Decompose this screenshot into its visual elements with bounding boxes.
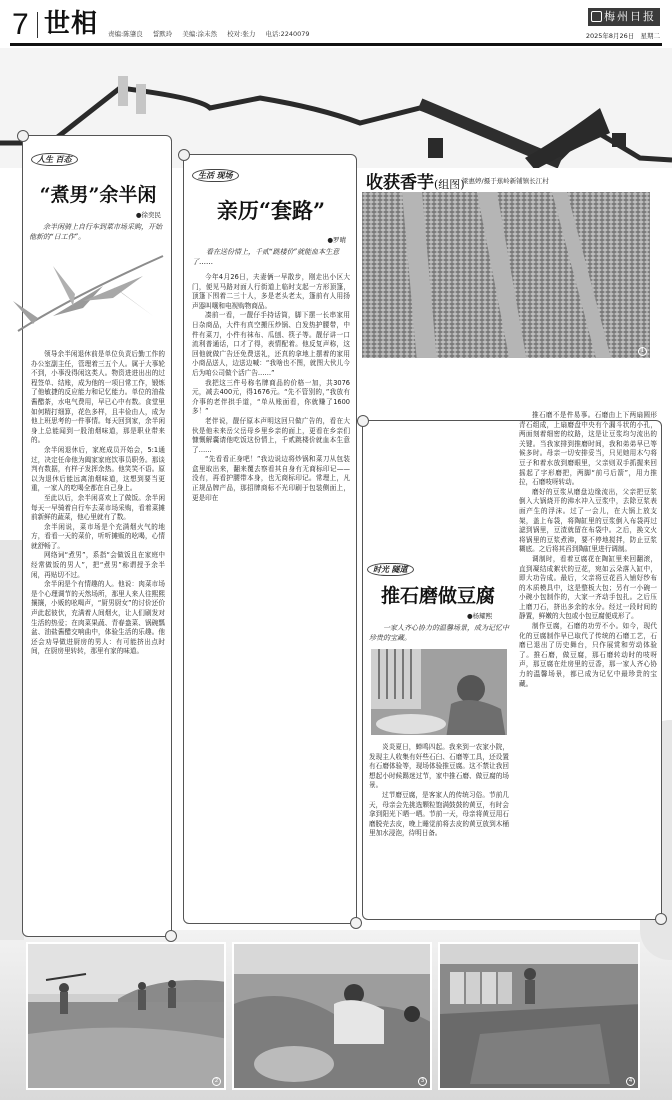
section-title: 世相 — [44, 9, 98, 39]
photo-harvesting-taro: 3 — [232, 942, 432, 1090]
credit-editor: 责编:陈肇良 — [108, 30, 143, 38]
paragraph: 凑前一看，一靓仔手持话筒，脚下摆一长串家用日杂商品，大件有真空搬压炒锅、白发热护… — [192, 311, 350, 378]
paragraph: 今年4月26日，夫妻俩一早散步，刚走出小区大门，便见马路对面人行街道上临时支起一… — [192, 273, 350, 311]
photo-taro-field-aerial: 1 — [360, 190, 652, 360]
photo-number: 1 — [638, 347, 647, 356]
article-scam: 生活 现场 亲历“套路” ●罗晴 看在送份情上，千贰“跳楼价”就能血本生意了……… — [183, 154, 357, 924]
paragraph: 余半闲是个有情趣的人。他说：肉菜市场是个心理调节的天然场所，那里人来人往熙熙攘攘… — [31, 580, 165, 657]
paragraph: 余半闲退休后，家庭成员开始会，5:1通过，决定任命他为阖家家庭饮事员职务。那谈判… — [31, 446, 165, 494]
photo-stone-mill — [369, 647, 509, 737]
photo-number: 2 — [212, 1077, 221, 1086]
paragraph: 推石磨不是件易事。石磨由上下两扇圆形青石组成，上扇磨盘中央有个漏斗状的小孔，两面… — [519, 411, 657, 488]
photo-image — [371, 649, 509, 737]
article-title: “煮男”余半闲 — [23, 180, 173, 207]
background-shape — [0, 540, 24, 940]
credit-proof: 校对:张力 — [227, 30, 255, 38]
divider — [37, 12, 38, 38]
paragraph: 老伴说，靓仔原本声明这回只做广告的，看在大伙是他未来岳父岳母乡里乡亲的面上，更看… — [192, 417, 350, 455]
credit-editor-2: 誓默玲 — [153, 30, 173, 38]
logo-icon — [591, 11, 602, 22]
photo-taro-sacks: 4 — [438, 942, 640, 1090]
article-lead: 看在送份情上，千贰“跳楼价”就能血本生意了…… — [192, 247, 350, 267]
column-badge: 时光 隧道 — [367, 563, 414, 576]
article-body: 今年4月26日，夫妻俩一早散步，刚走出小区大门，便见马路对面人行街道上临时支起一… — [192, 273, 350, 917]
article-title: 亲历“套路” — [184, 195, 358, 225]
article-lead: 余半闲骑上自行车到菜市场采购，开始他新的“日工作”。 — [29, 222, 167, 242]
editor-credits: 责编:陈肇良 誓默玲 美编:涂未然 校对:张力 电话:2240079 — [108, 29, 318, 38]
article-lead: 一家人齐心协力的温馨场景，成为记忆中珍贵的宝藏。 — [369, 623, 509, 643]
photo-image — [28, 944, 226, 1090]
newspaper-name: 梅州日报 — [604, 10, 656, 23]
dateline: 2025年8月26日 星期二 — [586, 31, 660, 40]
article-body-col2: 推石磨不是件易事。石磨由上下两扇圆形青石组成，上扇磨盘中央有个漏斗状的小孔，两面… — [519, 411, 657, 911]
credit-phone: 电话:2240079 — [265, 30, 309, 38]
paragraph: 过节磨豆腐，是客家人的传统习俗。节前几天，母亲会先挑选颗粒饱满鼓鼓的黄豆，有时会… — [369, 791, 509, 839]
byline: ●罗晴 — [327, 235, 346, 244]
column-badge: 人生 百态 — [31, 153, 78, 166]
masthead-rule — [10, 43, 662, 46]
article-body: 领导余半闲退休前是单位负责后勤工作的办公室副主任，管理着三五个人。属于大事轮不到… — [31, 350, 165, 926]
page-number: 7 — [12, 10, 29, 40]
byline: ●杨耀熙 — [467, 611, 492, 620]
photo-credit: 梁惠婷/摄于蕉岭新铺镇长江村 — [462, 176, 549, 185]
photo-image — [362, 192, 652, 360]
photo-carrying-taro: 2 — [26, 942, 226, 1090]
photo-image — [234, 944, 432, 1090]
paragraph: 我把这三件号称名牌商品的价格一加，共3076元，减去400元，得1676元。“先… — [192, 379, 350, 417]
photo-number: 4 — [626, 1077, 635, 1086]
masthead: 7 世相 责编:陈肇良 誓默玲 美编:涂未然 校对:张力 电话:2240079 … — [10, 6, 662, 46]
bamboo-illustration — [13, 246, 173, 336]
photo-image — [440, 944, 640, 1090]
paragraph: 领导余半闲退休前是单位负责后勤工作的办公室副主任，管理着三五个人。属于大事轮不到… — [31, 350, 165, 446]
date: 2025年8月26日 — [586, 32, 634, 40]
paragraph: 炎炎夏日，蝉鸣四起。我来到一农家小院，发现主人收集有奸些石臼、石磨等工具，还设置… — [369, 743, 509, 791]
paragraph: 网络词“煮男”，系指“会做饭且在家庭中经常做饭的男人”，把“煮男”称谓授予余半闲… — [31, 551, 165, 580]
article-cooking-man: 人生 百态 “煮男”余半闲 ●徐奕民 余半闲骑上自行车到菜市场采购，开始他新的“… — [22, 135, 172, 937]
article-body-col1: 炎炎夏日，蝉鸣四起。我来到一农家小院，发现主人收集有奸些石臼、石磨等工具，还设置… — [369, 743, 509, 915]
credit-art: 美编:涂未然 — [182, 30, 217, 38]
article-tofu: 时光 隧道 推石磨做豆腐 ●杨耀熙 一家人齐心协力的温馨场景，成为记忆中珍贵的宝… — [362, 420, 662, 920]
column-badge: 生活 现场 — [192, 169, 239, 182]
paragraph: 磨好的豆浆从磨盘边缘流出，父亲把豆浆倒入大锅烧开的沸水冲入豆浆中，去除豆浆表面产… — [519, 488, 657, 555]
byline: ●徐奕民 — [136, 210, 161, 219]
weekday: 星期二 — [641, 32, 661, 40]
newspaper-logo: 梅州日报 — [588, 8, 660, 26]
paragraph: 至此以后，余半闲喜欢上了做饭。余半闲每天一早骑着自行车去菜市场采购，看着菜摊前新… — [31, 494, 165, 523]
paragraph: 调制时，看着豆腐花在陶缸里来回翻滚，直到凝结成絮状的豆花，宛如云朵落入缸中，即大… — [519, 555, 657, 622]
paragraph: 余半闲说，菜市场是个充满烟火气的地方，看看一天的菜价，听听摊贩的吆喝，心情就舒畅… — [31, 523, 165, 552]
paragraph: “先看看正身吧！”我边说边将炒锅和菜刀从包装盒里取出来，翻来覆去察看其自身有无商… — [192, 455, 350, 503]
article-title: 推石磨做豆腐 — [363, 581, 513, 608]
photo-number: 3 — [418, 1077, 427, 1086]
paragraph: 制作豆腐，石磨的功劳不小。如今，现代化的豆腐制作早已取代了传统的石磨工艺，石磨已… — [519, 622, 657, 689]
